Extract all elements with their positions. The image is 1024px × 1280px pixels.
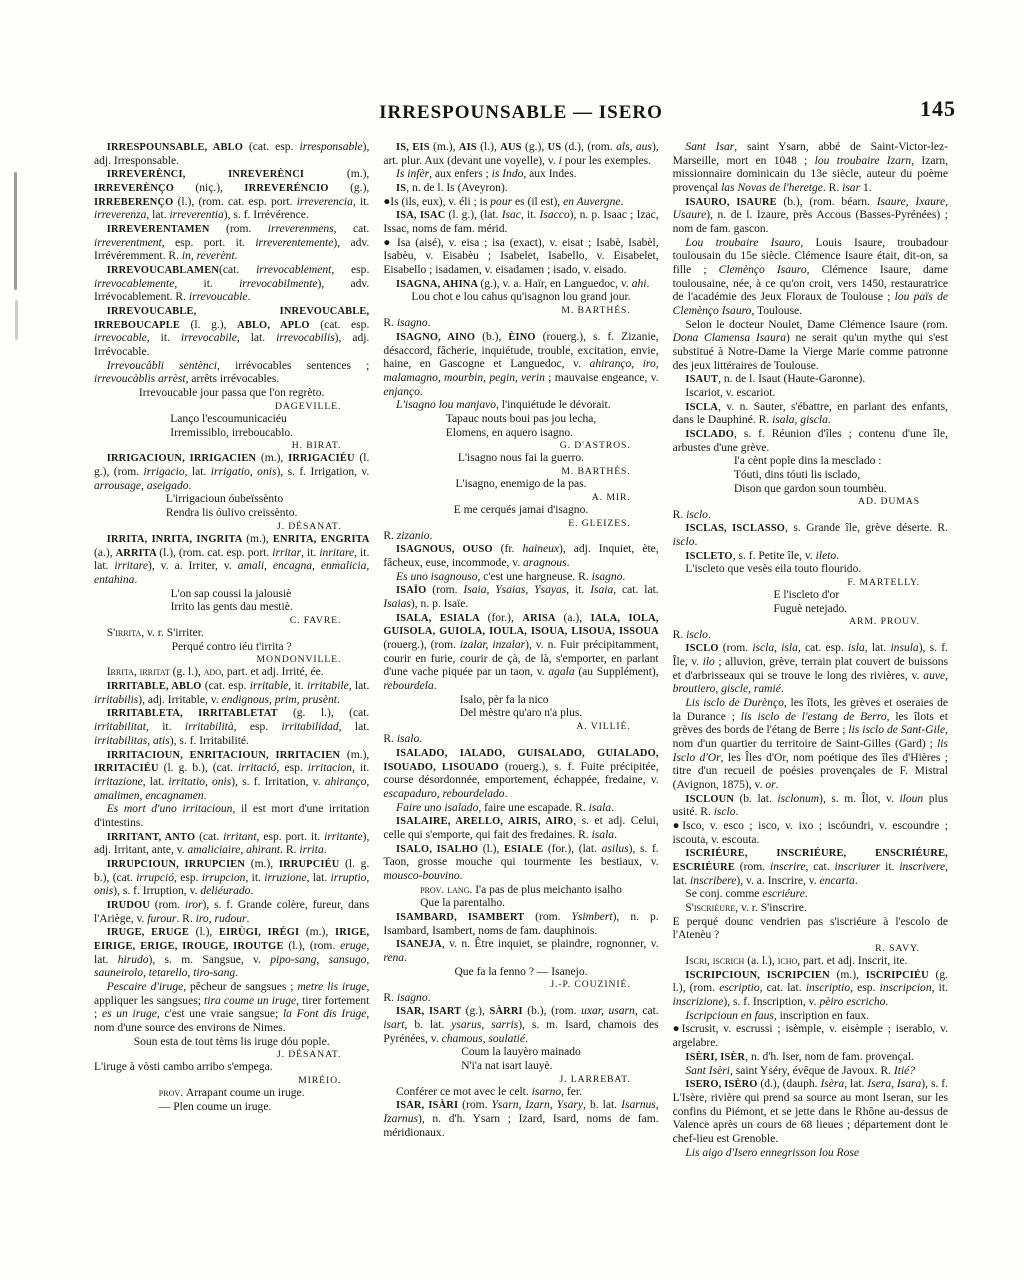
- attribution: H. BIRAT.: [94, 440, 369, 452]
- dictionary-paragraph: ISCLA, v. n. Sauter, s'ébattre, en parla…: [673, 401, 948, 428]
- verse-quote: Irrevoucable jour passa que l'on regrèto…: [94, 387, 369, 401]
- dictionary-paragraph: S'iscriéure, v. r. S'inscrire.: [673, 902, 948, 916]
- dictionary-paragraph: ISÈRI, ISÈR, n. d'h. Iser, nom de fam. p…: [673, 1051, 948, 1065]
- dictionary-paragraph: ISALAIRE, ARELLO, AIRIS, AIRO, s. et adj…: [383, 815, 658, 842]
- dictionary-paragraph: ●Iscrusit, v. escrussi ; isèmple, v. eis…: [673, 1023, 948, 1050]
- verse-quote: prov. lang. I'a pas de plus meichanto is…: [383, 884, 658, 911]
- dictionary-paragraph: ● Isa (aisé), v. eisa ; isa (exact), v. …: [383, 237, 658, 278]
- dictionary-paragraph: IRUGE, ERUGE (l.), EIRÙGI, IRÉGI (m.), I…: [94, 926, 369, 981]
- scan-artifact: [15, 300, 18, 340]
- verse-quote: Tapauc nouts boui pas jou lecha,Elomens,…: [383, 413, 658, 440]
- dictionary-paragraph: Pescaire d'iruge, pêcheur de sangsues ; …: [94, 981, 369, 1036]
- attribution: J. LARREBAT.: [383, 1074, 658, 1086]
- verse-line: prov. Arrapant coume un iruge.: [159, 1087, 305, 1101]
- verse-line: Fuguè netejado.: [773, 603, 847, 617]
- verse-quote: E l'iscleto d'orFuguè netejado.: [673, 589, 948, 616]
- verse-quote: Lou chot e lou cahus qu'isagnon lou gran…: [383, 291, 658, 305]
- verse-line: L'on sap coussi la jalousiè: [171, 588, 293, 602]
- verse-quote: Que fa la fenno ? — Isanejo.: [383, 966, 658, 980]
- dictionary-paragraph: ISCRIÉURE, INSCRIÉURE, ENSCRIÉURE, ESCRI…: [673, 847, 948, 888]
- verse-quote: Isalo, pèr fa la nicoDel mèstre qu'aro n…: [383, 694, 658, 721]
- dictionary-paragraph: R. isagno.: [383, 992, 658, 1006]
- attribution: ARM. PROUV.: [673, 616, 948, 628]
- attribution: J.-P. COUZINIÉ.: [383, 979, 658, 991]
- verse-line: I'a cènt pople dins la mesclado :: [734, 455, 887, 469]
- dictionary-paragraph: R. isalo.: [383, 733, 658, 747]
- dictionary-paragraph: L'iruge à vòsti cambo arribo s'empega.: [94, 1061, 369, 1075]
- dictionary-paragraph: IRREVOUCABLE, INREVOUCABLE, IRREBOUCAPLE…: [94, 305, 369, 360]
- dictionary-paragraph: Iscri, iscrich (a. l.), icho, part. et a…: [673, 955, 948, 969]
- dictionary-paragraph: R. zizanio.: [383, 530, 658, 544]
- attribution: M. BARTHÉS.: [383, 305, 658, 317]
- verse-line: Tapauc nouts boui pas jou lecha,: [446, 413, 597, 427]
- dictionary-paragraph: Irrevoucàbli sentènci, irrévocables sent…: [94, 360, 369, 387]
- verse-line: L'irrigacioun óubeïssènto: [166, 493, 297, 507]
- dictionary-paragraph: IS, n. de l. Is (Aveyron).: [383, 182, 658, 196]
- verse-line: Perqué contro iéu t'irrita ?: [172, 641, 292, 655]
- dictionary-paragraph: Es mort d'uno irritacioun, il est mort d…: [94, 803, 369, 830]
- attribution: E. GLEIZES.: [383, 518, 658, 530]
- scan-artifact: [14, 172, 17, 290]
- columns-container: IRRESPOUNSABLE, ABLO (cat. esp. irrespon…: [94, 141, 948, 1160]
- dictionary-paragraph: E perqué dounc vendrien pas s'iscriéure …: [673, 916, 948, 943]
- dictionary-paragraph: ●Isco, v. esco ; isco, v. ixo ; iscóundr…: [673, 820, 948, 847]
- verse-line: Del mèstre qu'aro n'a plus.: [460, 707, 582, 721]
- dictionary-paragraph: Irrita, irritat (g. l.), ado, part. et a…: [94, 666, 369, 680]
- verse-quote: E me cerqués jamai d'isagno.: [383, 504, 658, 518]
- verse-quote: L'on sap coussi la jalousièIrrito las ge…: [94, 588, 369, 615]
- verse-line: Coum la lauyèro mainado: [461, 1046, 581, 1060]
- column-3: Sant Isar, saint Ysarn, abbé de Saint-Vi…: [673, 141, 948, 1160]
- verse-quote: prov. Arrapant coume un iruge.— Plen cou…: [94, 1087, 369, 1114]
- verse-line: Lou chot e lou cahus qu'isagnon lou gran…: [411, 291, 630, 305]
- verse-line: — Plen coume un iruge.: [159, 1101, 305, 1115]
- verse-line: L'isagno, enemigo de la pas.: [455, 478, 586, 492]
- verse-line: E me cerqués jamai d'isagno.: [454, 504, 589, 518]
- dictionary-paragraph: IRRITABLETA, IRRITABLETAT (g. l.), (cat.…: [94, 707, 369, 748]
- dictionary-paragraph: IRRITABLE, ABLO (cat. esp. irritable, it…: [94, 680, 369, 707]
- dictionary-paragraph: ISCLOUN (b. lat. isclonum), s. m. Îlot, …: [673, 793, 948, 820]
- verse-line: Isalo, pèr fa la nico: [460, 694, 582, 708]
- page-header: IRRESPOUNSABLE — ISERO 145: [94, 102, 948, 132]
- dictionary-paragraph: ISAÏO (rom. Isaia, Ysaias, Ysayas, it. I…: [383, 584, 658, 611]
- attribution: A. VILLIÉ.: [383, 721, 658, 733]
- dictionary-paragraph: ISALO, ISALHO (l.), ESIALE (for.), (lat.…: [383, 843, 658, 884]
- verse-quote: Lanço l'escoumunicaciéuIrremissiblo, irr…: [94, 413, 369, 440]
- dictionary-paragraph: IRRUPCIOUN, IRRUPCIEN (m.), IRRUPCIÉU (l…: [94, 858, 369, 899]
- verse-line: Irremissiblo, irreboucablo.: [170, 427, 293, 441]
- dictionary-paragraph: ISAGNOUS, OUSO (fr. haineux), adj. Inqui…: [383, 543, 658, 570]
- attribution: G. D'ASTROS.: [383, 440, 658, 452]
- dictionary-paragraph: ISAR, ISÀRI (rom. Ysarn, Izarn, Ysary, b…: [383, 1099, 658, 1140]
- verse-line: N'i'a nat isart lauyè.: [461, 1060, 581, 1074]
- dictionary-paragraph: L'iscleto que vesès eila touto flourido.: [673, 563, 948, 577]
- verse-line: L'isagno nous fai la guerro.: [458, 452, 584, 466]
- dictionary-paragraph: ISAUT, n. de l. Isaut (Haute-Garonne).: [673, 373, 948, 387]
- dictionary-paragraph: IRRITANT, ANTO (cat. irritant, esp. port…: [94, 831, 369, 858]
- column-1: IRRESPOUNSABLE, ABLO (cat. esp. irrespon…: [94, 141, 369, 1160]
- attribution: J. DÉSANAT.: [94, 521, 369, 533]
- verse-line: Rendra lis óulivo creissènto.: [166, 507, 297, 521]
- dictionary-paragraph: IS, EIS (m.), AIS (l.), AUS (g.), US (d.…: [383, 141, 658, 168]
- page-number: 145: [920, 96, 956, 122]
- dictionary-paragraph: IRRESPOUNSABLE, ABLO (cat. esp. irrespon…: [94, 141, 369, 168]
- dictionary-paragraph: ISERO, ISÈRO (d.), (dauph. Isèra, lat. I…: [673, 1078, 948, 1146]
- verse-quote: Coum la lauyèro mainadoN'i'a nat isart l…: [383, 1046, 658, 1073]
- dictionary-paragraph: Sant Isar, saint Ysarn, abbé de Saint-Vi…: [673, 141, 948, 196]
- dictionary-paragraph: Iscripcioun en faus, inscription en faux…: [673, 1010, 948, 1024]
- dictionary-paragraph: Faire uno isalado, faire une escapade. R…: [383, 802, 658, 816]
- dictionary-paragraph: IRRITACIOUN, ENRITACIOUN, IRRITACIEN (m.…: [94, 749, 369, 804]
- attribution: A. MIR.: [383, 492, 658, 504]
- scanned-dictionary-page: IRRESPOUNSABLE — ISERO 145 IRRESPOUNSABL…: [0, 0, 1024, 1280]
- dictionary-paragraph: R. isclo.: [673, 509, 948, 523]
- verse-quote: I'a cènt pople dins la mesclado :Tóuti, …: [673, 455, 948, 496]
- dictionary-paragraph: ISCLAS, ISCLASSO, s. Grande île, grève d…: [673, 522, 948, 549]
- dictionary-paragraph: Lou troubaire Isauro, Louis Isaure, trou…: [673, 237, 948, 319]
- verse-line: Soun esta de tout tèms lis iruge dóu pop…: [134, 1036, 330, 1050]
- dictionary-paragraph: Selon le docteur Noulet, Dame Clémence I…: [673, 319, 948, 374]
- dictionary-paragraph: ISAMBARD, ISAMBERT (rom. Ysimbert), n. p…: [383, 911, 658, 938]
- attribution: C. FAVRE.: [94, 615, 369, 627]
- dictionary-paragraph: ISCLO (rom. iscla, isla, cat. esp. isla,…: [673, 642, 948, 697]
- verse-line: Que fa la fenno ? — Isanejo.: [454, 966, 587, 980]
- column-2: IS, EIS (m.), AIS (l.), AUS (g.), US (d.…: [383, 141, 658, 1160]
- running-title: IRRESPOUNSABLE — ISERO: [94, 102, 948, 124]
- verse-line: Lanço l'escoumunicaciéu: [170, 413, 293, 427]
- verse-quote: Perqué contro iéu t'irrita ?: [94, 641, 369, 655]
- dictionary-paragraph: IRUDOU (rom. iror), s. f. Grande colère,…: [94, 899, 369, 926]
- dictionary-paragraph: Se conj. comme escriéure.: [673, 888, 948, 902]
- attribution: J. DÉSANAT.: [94, 1049, 369, 1061]
- dictionary-paragraph: ●Is (ils, eux), v. éli ; is pour es (il …: [383, 196, 658, 210]
- dictionary-paragraph: IRREVERÈNCI, INREVERÈNCI (m.), IRREVERÈN…: [94, 168, 369, 223]
- dictionary-paragraph: Lis isclo de Durènço, les îlots, les grè…: [673, 697, 948, 793]
- dictionary-paragraph: ISCRIPCIOUN, ISCRIPCIEN (m.), ISCRIPCIÉU…: [673, 969, 948, 1010]
- dictionary-paragraph: ISCLETO, s. f. Petite île, v. ileto.: [673, 550, 948, 564]
- attribution: F. MARTELLY.: [673, 577, 948, 589]
- dictionary-paragraph: IRRITA, INRITA, INGRITA (m.), ENRITA, EN…: [94, 533, 369, 588]
- page-content: IRRESPOUNSABLE — ISERO 145 IRRESPOUNSABL…: [94, 102, 948, 1160]
- dictionary-paragraph: ISAR, ISART (g.), SÀRRI (b.), (rom. uxar…: [383, 1005, 658, 1046]
- dictionary-paragraph: ISANEJA, v. n. Être inquiet, se plaindre…: [383, 938, 658, 965]
- dictionary-paragraph: Es uno isagnouso, c'est une hargneuse. R…: [383, 571, 658, 585]
- verse-quote: L'irrigacioun óubeïssèntoRendra lis óuli…: [94, 493, 369, 520]
- dictionary-paragraph: Is infèr, aux enfers ; is Indo, aux Inde…: [383, 168, 658, 182]
- dictionary-paragraph: ISAGNA, AHINA (g.), v. a. Haïr, en Langu…: [383, 278, 658, 292]
- attribution: AD. DUMAS: [673, 496, 948, 508]
- verse-quote: Soun esta de tout tèms lis iruge dóu pop…: [94, 1036, 369, 1050]
- dictionary-paragraph: R. isclo.: [673, 629, 948, 643]
- dictionary-paragraph: ISALADO, IALADO, GUISALADO, GUIALADO, IS…: [383, 747, 658, 802]
- verse-quote: L'isagno, enemigo de la pas.: [383, 478, 658, 492]
- dictionary-paragraph: IRRIGACIOUN, IRRIGACIEN (m.), IRRIGACIÉU…: [94, 452, 369, 493]
- dictionary-paragraph: Lis aigo d'Isero ennegrisson lou Rose: [673, 1147, 948, 1161]
- verse-line: Irrito las gents dau mestiè.: [171, 601, 293, 615]
- verse-line: Que la parentalho.: [420, 897, 622, 911]
- verse-line: prov. lang. I'a pas de plus meichanto is…: [420, 884, 622, 898]
- dictionary-paragraph: IRREVERENTAMEN (rom. irreverenmens, cat.…: [94, 223, 369, 264]
- dictionary-paragraph: Conférer ce mot avec le celt. isarno, fe…: [383, 1086, 658, 1100]
- dictionary-paragraph: Iscariot, v. escariot.: [673, 387, 948, 401]
- dictionary-paragraph: ISCLADO, s. f. Réunion d'îles ; contenu …: [673, 428, 948, 455]
- dictionary-paragraph: R. isagno.: [383, 317, 658, 331]
- dictionary-paragraph: ISALA, ESIALA (for.), ARISA (a.), IALA, …: [383, 612, 658, 694]
- verse-line: Irrevoucable jour passa que l'on regrèto…: [139, 387, 324, 401]
- dictionary-paragraph: ISAURO, ISAURE (b.), (rom. béarn. Isaure…: [673, 196, 948, 237]
- dictionary-paragraph: L'isagno lou manjavo, l'inquiétude le dé…: [383, 399, 658, 413]
- attribution: MONDONVILLE.: [94, 654, 369, 666]
- dictionary-paragraph: ISAGNO, AINO (b.), ÈINO (rouerg.), s. f.…: [383, 331, 658, 399]
- dictionary-paragraph: S'irrita, v. r. S'irriter.: [94, 627, 369, 641]
- verse-line: Tóuti, dins tóuti lis isclado,: [734, 469, 887, 483]
- dictionary-paragraph: ISA, ISAC (l. g.), (lat. Isac, it. Isacc…: [383, 209, 658, 236]
- verse-line: Elomens, en aquero isagno.: [446, 427, 597, 441]
- attribution: R. SAVY.: [673, 943, 948, 955]
- verse-line: Dison que gardon soun toumbèu.: [734, 483, 887, 497]
- attribution: M. BARTHÉS.: [383, 466, 658, 478]
- attribution: DAGEVILLE.: [94, 401, 369, 413]
- attribution: MIRÉIO.: [94, 1075, 369, 1087]
- dictionary-paragraph: IRREVOUCABLAMEN(cat. irrevocablement, es…: [94, 264, 369, 305]
- verse-line: E l'iscleto d'or: [773, 589, 847, 603]
- verse-quote: L'isagno nous fai la guerro.: [383, 452, 658, 466]
- dictionary-paragraph: Sant Isèri, saint Yséry, évêque de Javou…: [673, 1065, 948, 1079]
